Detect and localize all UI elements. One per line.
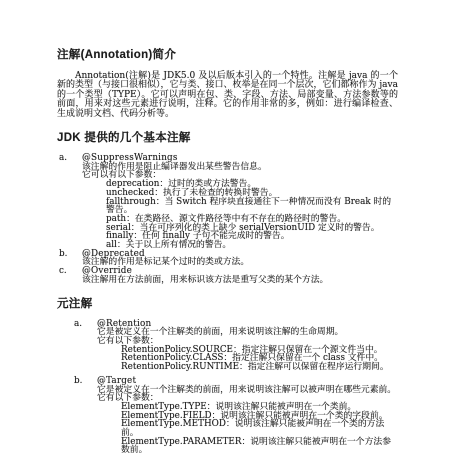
basic-annotations-list: a. @SuppressWarnings 该注解的作用是阻止编译器发出某些警告信…	[57, 154, 398, 285]
item-description: 该注解用在方法前面，用来标识该方法是重写父类的某个方法。	[82, 276, 398, 285]
item-marker: a.	[59, 154, 82, 163]
item-body: @SuppressWarnings 该注解的作用是阻止编译器发出某些警告信息。 …	[82, 154, 398, 250]
item-marker: b.	[74, 377, 97, 386]
page-title: 注解(Annotation)简介	[57, 46, 398, 62]
item-body: @Target 它是被定义在一个注解类的前面，用来说明该注解可以被声明在哪些元素…	[97, 377, 398, 453]
list-item-target: b. @Target 它是被定义在一个注解类的前面，用来说明该注解可以被声明在哪…	[72, 377, 398, 453]
param-line: fallthrough：当 Switch 程序块直接通往下一种情况而没有 Bre…	[106, 198, 398, 215]
section-heading-basic-annotations: JDK 提供的几个基本注解	[57, 129, 398, 145]
list-item-deprecated: b. @Deprecated 该注解的作用是标记某个过时的类或方法。	[57, 250, 398, 267]
document-page: 注解(Annotation)简介 Annotation(注解)是 JDK5.0 …	[0, 0, 453, 453]
list-item-override: c. @Override 该注解用在方法前面，用来标识该方法是重写父类的某个方法…	[57, 267, 398, 284]
meta-annotations-list: a. @Retention 它是被定义在一个注解类的前面，用来说明该注解的生命周…	[72, 320, 398, 453]
param-line: RetentionPolicy.RUNTIME：指定注解可以保留在程序运行期间。	[121, 363, 398, 372]
item-body: @Retention 它是被定义在一个注解类的前面，用来说明该注解的生命周期。 …	[97, 320, 398, 372]
item-body: @Override 该注解用在方法前面，用来标识该方法是重写父类的某个方法。	[82, 267, 398, 284]
list-item-retention: a. @Retention 它是被定义在一个注解类的前面，用来说明该注解的生命周…	[72, 320, 398, 372]
intro-paragraph: Annotation(注解)是 JDK5.0 及以后版本引入的一个特性。注解是 …	[57, 72, 398, 119]
list-item-suppresswarnings: a. @SuppressWarnings 该注解的作用是阻止编译器发出某些警告信…	[57, 154, 398, 250]
param-line: all：关于以上所有情况的警告。	[106, 241, 398, 250]
param-line: ElementType.PARAMETER：说明该注解只能被声明在一个方法参数前…	[121, 438, 398, 453]
param-line: ElementType.METHOD：说明该注解只能被声明在一个类的方法前。	[121, 420, 398, 437]
item-body: @Deprecated 该注解的作用是标记某个过时的类或方法。	[82, 250, 398, 267]
item-marker: b.	[59, 250, 82, 259]
item-marker: c.	[59, 267, 82, 276]
item-marker: a.	[74, 320, 97, 329]
section-heading-meta-annotations: 元注解	[57, 295, 398, 311]
